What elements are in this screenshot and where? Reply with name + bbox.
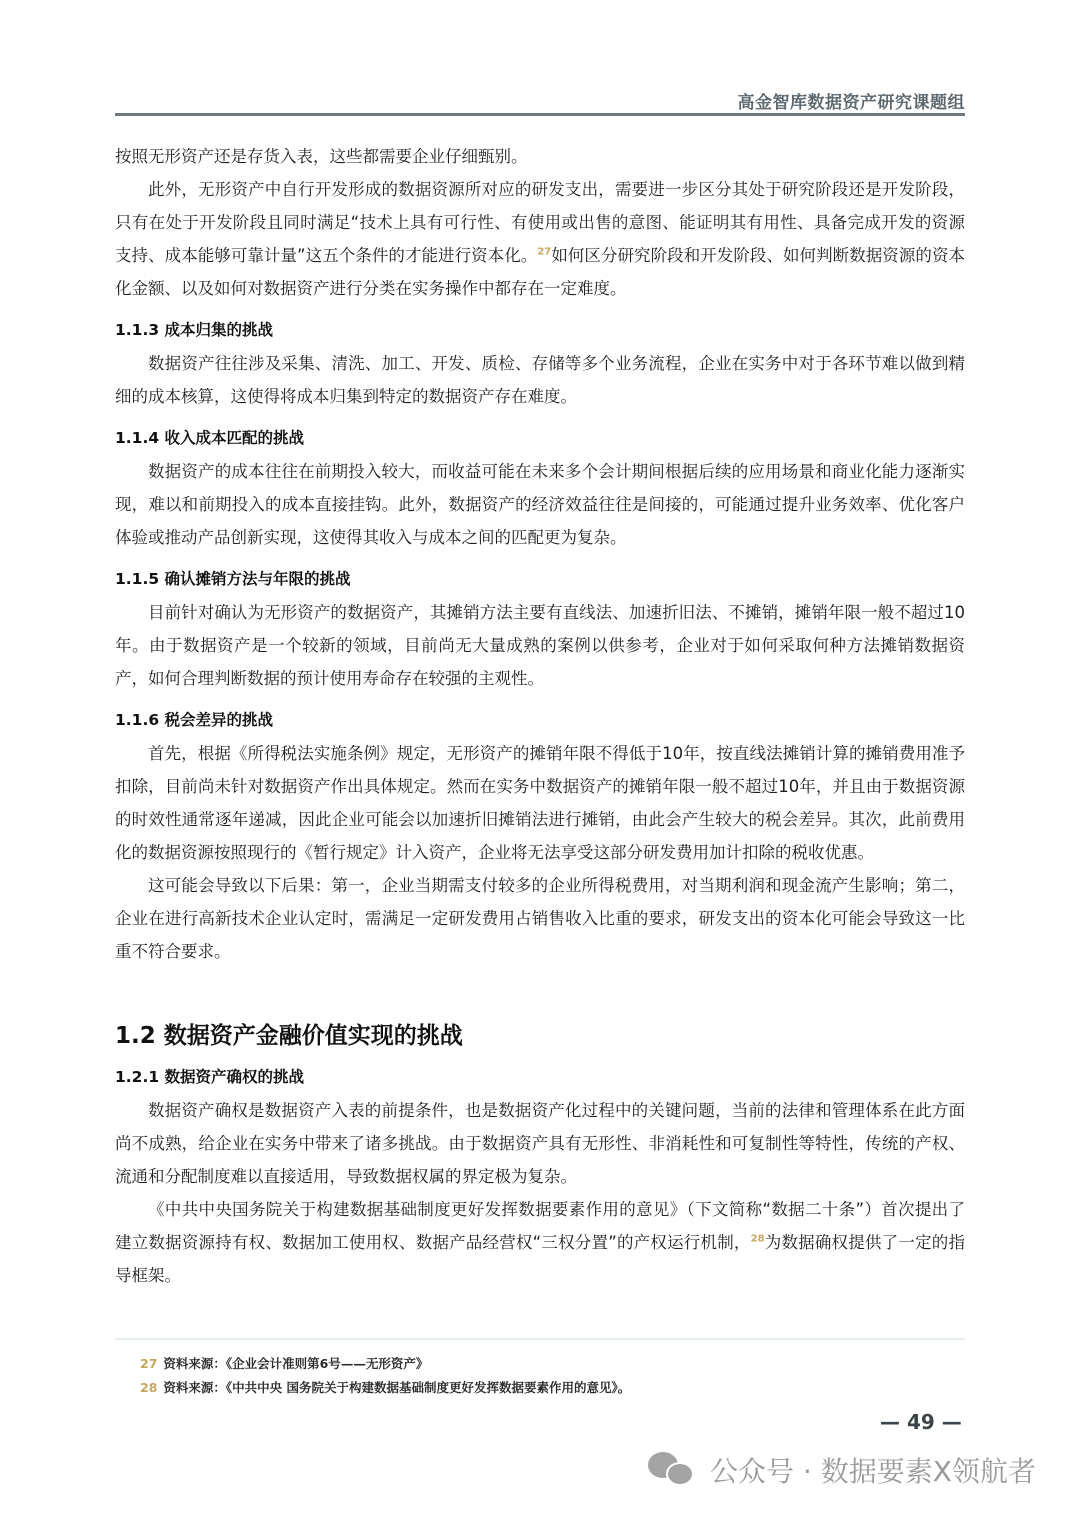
footnote-number: 27 — [140, 1356, 157, 1371]
heading-1-1-6: 1.1.6 税会差异的挑战 — [115, 709, 965, 731]
paragraph-revenue-cost-matching: 数据资产的成本往往在前期投入较大，而收益可能在未来多个会计期间根据后续的应用场景… — [115, 455, 965, 554]
paragraph-continuation: 按照无形资产还是存货入表，这些都需要企业仔细甄别。 — [115, 140, 965, 173]
heading-1-1-4: 1.1.4 收入成本匹配的挑战 — [115, 427, 965, 449]
paragraph-consequences: 这可能会导致以下后果：第一，企业当期需支付较多的企业所得税费用，对当期利润和现金… — [115, 869, 965, 968]
running-header: 高金智库数据资产研究课题组 — [115, 88, 965, 113]
heading-1-2: 1.2 数据资产金融价值实现的挑战 — [115, 1020, 965, 1052]
footnote-number: 28 — [140, 1380, 157, 1395]
footnote-ref-27[interactable]: 27 — [537, 247, 551, 258]
footnote-text: 资料来源：《中共中央 国务院关于构建数据基础制度更好发挥数据要素作用的意见》。 — [163, 1380, 630, 1395]
heading-1-2-1: 1.2.1 数据资产确权的挑战 — [115, 1066, 965, 1088]
paragraph-amortization: 目前针对确认为无形资产的数据资产，其摊销方法主要有直线法、加速折旧法、不摊销，摊… — [115, 596, 965, 695]
page-number: — 49 — — [880, 1410, 962, 1434]
paragraph-tax-difference: 首先，根据《所得税法实施条例》规定，无形资产的摊销年限不得低于10年，按直线法摊… — [115, 737, 965, 869]
wechat-icon — [648, 1450, 700, 1490]
footnote-text: 资料来源：《企业会计准则第6号——无形资产》 — [163, 1356, 428, 1371]
watermark: 公众号 · 数据要素X领航者 — [648, 1450, 1036, 1490]
footnote-ref-28[interactable]: 28 — [751, 1234, 765, 1245]
paragraph-data-twenty: 《中共中央国务院关于构建数据基础制度更好发挥数据要素作用的意见》（下文简称“数据… — [115, 1193, 965, 1292]
paragraph-capitalization: 此外，无形资产中自行开发形成的数据资源所对应的研发支出，需要进一步区分其处于研究… — [115, 173, 965, 305]
footnote-27: 27资料来源：《企业会计准则第6号——无形资产》 — [140, 1352, 630, 1376]
heading-1-1-5: 1.1.5 确认摊销方法与年限的挑战 — [115, 568, 965, 590]
footnotes: 27资料来源：《企业会计准则第6号——无形资产》 28资料来源：《中共中央 国务… — [140, 1352, 630, 1400]
heading-1-1-3: 1.1.3 成本归集的挑战 — [115, 319, 965, 341]
paragraph-ownership: 数据资产确权是数据资产入表的前提条件，也是数据资产化过程中的关键问题，当前的法律… — [115, 1094, 965, 1193]
footnote-28: 28资料来源：《中共中央 国务院关于构建数据基础制度更好发挥数据要素作用的意见》… — [140, 1376, 630, 1400]
watermark-text: 公众号 · 数据要素X领航者 — [710, 1450, 1036, 1490]
paragraph-cost-collection: 数据资产往往涉及采集、清洗、加工、开发、质检、存储等多个业务流程，企业在实务中对… — [115, 347, 965, 413]
footnote-divider — [115, 1338, 965, 1340]
header-divider — [115, 113, 965, 116]
page-body: 按照无形资产还是存货入表，这些都需要企业仔细甄别。 此外，无形资产中自行开发形成… — [115, 140, 965, 1292]
